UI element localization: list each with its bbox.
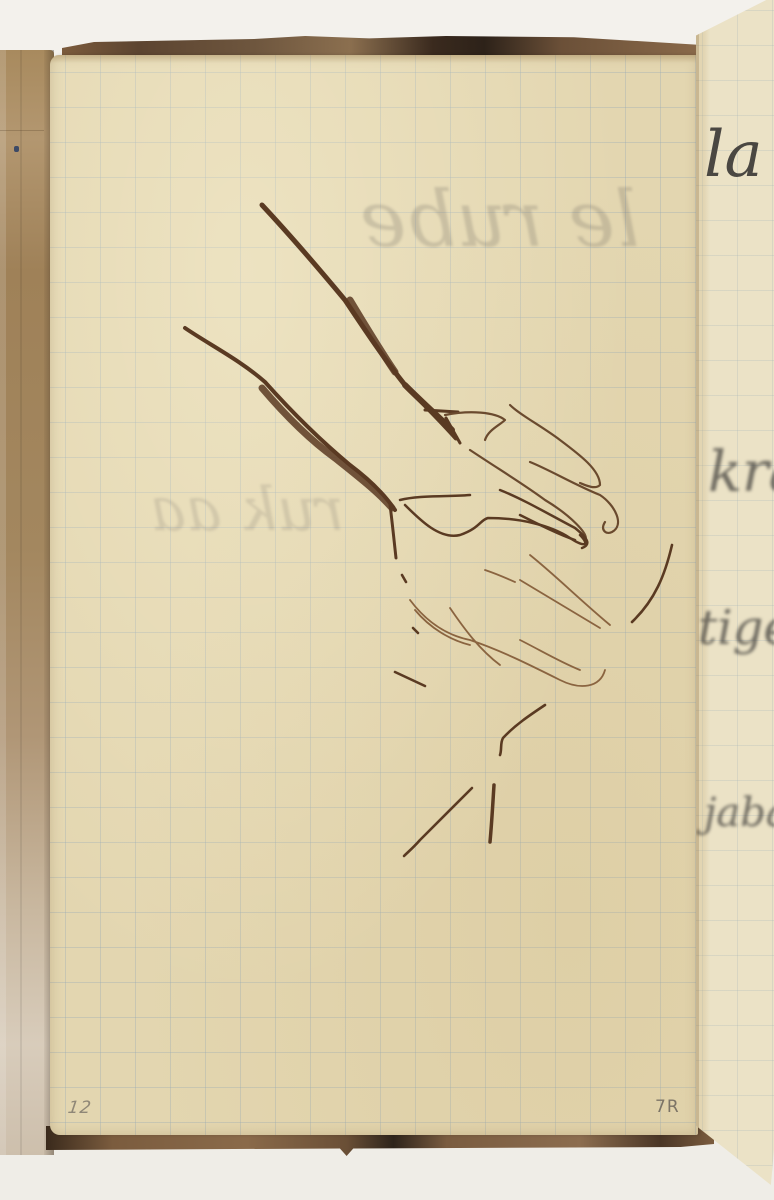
scan-scene: le rube ruk aa xyxy=(0,0,774,1200)
spine-crease xyxy=(0,130,44,131)
notebook-spine xyxy=(0,50,54,1155)
finger-strokes xyxy=(410,555,610,686)
lower-hand-strokes xyxy=(400,490,587,548)
adjacent-text-line1: la xyxy=(704,118,763,192)
upper-arm-strokes xyxy=(262,205,460,443)
page-number-right: 7R xyxy=(655,1097,680,1117)
ink-sketch-hands xyxy=(50,55,698,1135)
lower-arm-strokes xyxy=(185,328,396,558)
accent-strokes xyxy=(395,545,672,856)
page-number-left: 12 xyxy=(67,1098,93,1118)
ink-spot xyxy=(14,146,19,152)
adjacent-text-line2: krä xyxy=(708,440,774,505)
adjacent-page: la krä tiges jaba xyxy=(696,0,774,1185)
adjacent-text-line3: tiges xyxy=(698,600,774,656)
adjacent-text-line4: jaba xyxy=(704,790,774,836)
